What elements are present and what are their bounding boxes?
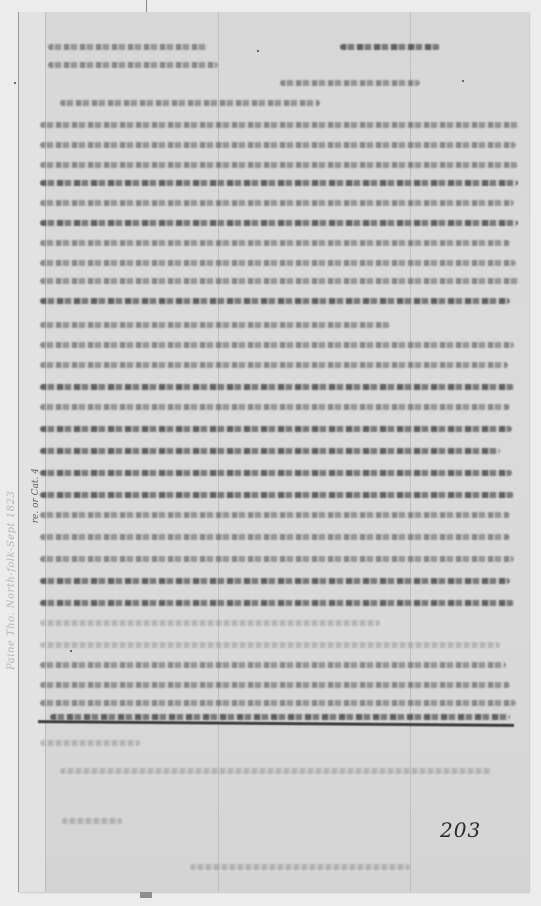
text-line (40, 342, 514, 348)
ink-speck (70, 650, 72, 652)
text-line (40, 162, 518, 168)
text-line (40, 426, 512, 432)
text-line (40, 322, 390, 328)
text-line (40, 512, 510, 518)
text-line (40, 662, 506, 668)
text-line (40, 642, 500, 648)
text-line (190, 864, 410, 870)
text-line (40, 240, 510, 246)
text-line (40, 404, 510, 410)
text-line (40, 600, 514, 606)
scanned-page: Paine Tho. North-folk-Sept 1823 re. or C… (0, 0, 541, 906)
text-line (340, 44, 440, 50)
text-line (40, 578, 510, 584)
text-line (40, 740, 140, 746)
text-line (50, 714, 510, 720)
text-line (48, 44, 208, 50)
ink-speck (257, 50, 259, 52)
mount-tab (140, 892, 152, 898)
text-line (60, 768, 492, 774)
text-line (40, 362, 508, 368)
folio-number: 203 (440, 818, 481, 842)
text-line (40, 534, 510, 540)
margin-annotation: Paine Tho. North-folk-Sept 1823 (6, 470, 20, 670)
text-line (40, 470, 512, 476)
text-line (40, 492, 514, 498)
text-line (40, 122, 520, 128)
text-line (48, 62, 218, 68)
text-line (40, 448, 500, 454)
text-line (40, 180, 518, 186)
text-line (40, 620, 380, 626)
text-line (40, 384, 514, 390)
text-line (40, 298, 510, 304)
text-line (40, 700, 516, 706)
text-line (40, 556, 514, 562)
text-line (40, 200, 514, 206)
text-line (62, 818, 122, 824)
text-line (280, 80, 420, 86)
ink-speck (462, 80, 464, 82)
ink-speck (14, 82, 16, 84)
text-line (40, 142, 516, 148)
text-line (40, 682, 510, 688)
text-line (60, 100, 320, 106)
text-line (40, 260, 516, 266)
text-line (40, 278, 520, 284)
text-line (40, 220, 518, 226)
